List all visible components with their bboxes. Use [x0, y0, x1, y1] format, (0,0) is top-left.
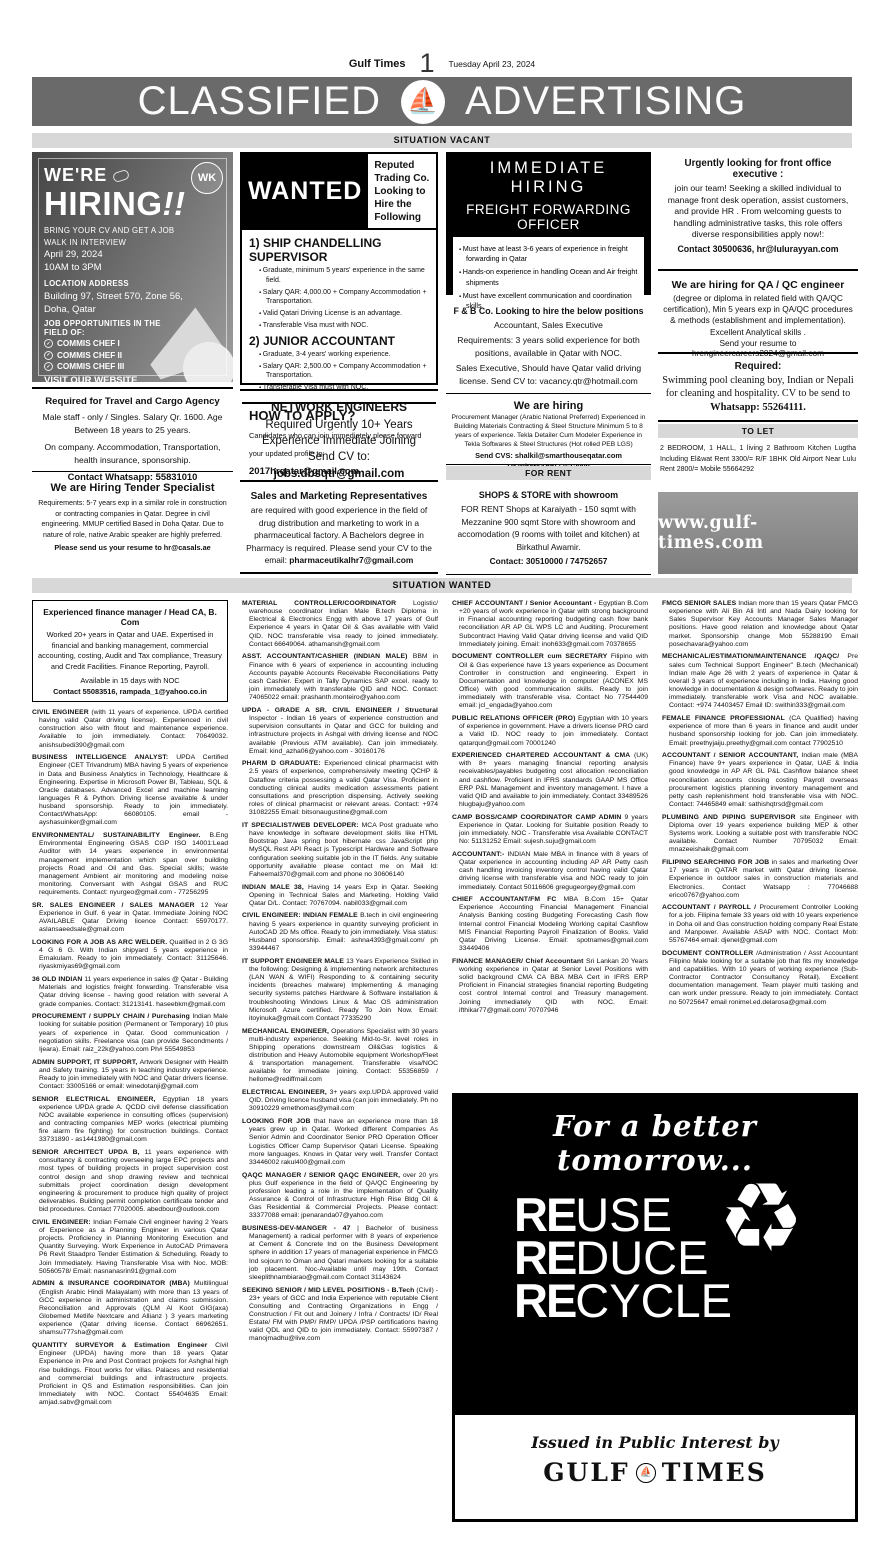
- classified-listing: EXPERIENCED CHARTERED ACCOUNTANT & CMA(U…: [452, 752, 648, 809]
- listing-list: FMCG SENIOR SALESIndian more than 15 yea…: [662, 600, 858, 1007]
- listing-list: CIVIL ENGINEER(with 11 years of experien…: [32, 709, 228, 1407]
- banner-word-classified: CLASSIFIED: [138, 79, 381, 124]
- recycle-words: REUSEREDUCERECYCLE: [514, 1193, 732, 1323]
- classified-listing: BUSINESS INTELLIGENCE ANALYST:UPDA Certi…: [32, 754, 228, 827]
- classified-listing: PUBLIC RELATIONS OFFICER (PRO)Egyptian w…: [452, 715, 648, 748]
- classified-listing: QUANTITY SURVEYOR & Estimation EngineerC…: [32, 1342, 228, 1407]
- ad-body: Worked 20+ years in Qatar and UAE. Exper…: [37, 630, 223, 673]
- paper-name: Gulf Times: [349, 58, 406, 70]
- issued-text: Issued in Public Interest by: [455, 1433, 855, 1452]
- ad-email: pharmaceutikalhr7@gmail.com: [289, 555, 413, 565]
- poster-opportunities-label: JOB OPPORTUNITIES IN THE FIELD OF:: [44, 319, 164, 337]
- classified-listing: PLUMBING AND PIPING SUPERVISORsite Engin…: [662, 814, 858, 855]
- ad-qaqc-engineer: We are hiring for QA / QC engineer (degr…: [658, 273, 858, 354]
- poster-date: April 29, 2024: [44, 249, 221, 260]
- listings-column-2: MATERIAL CONTROLLER/COORDINATORLogistic/…: [242, 600, 438, 1348]
- classified-listing: ACCOUNTANT / SENIOR ACCOUNTANT,Indian ma…: [662, 752, 858, 809]
- ad-contact: Please send us your resume to hr@casals.…: [36, 543, 229, 552]
- ad-front-office-executive: Urgently looking for front office execut…: [658, 152, 858, 271]
- classified-listing: SR. SALES ENGINEER / SALES MANAGER12 Yea…: [32, 902, 228, 935]
- recycle-word: RECYCLE: [514, 1279, 732, 1322]
- classified-listing: ADMIN & INSURANCE COORDINATOR (MBA)Multi…: [32, 1280, 228, 1337]
- classified-listing: UPDA - GRADE A SR. CIVIL ENGINEER / Stru…: [242, 707, 438, 756]
- ad-title: Experienced finance manager / Head CA, B…: [37, 607, 223, 627]
- poster-website-label: VISIT OUR WEBSITE: [44, 375, 221, 382]
- dhow-logo-icon: ⛵: [636, 1463, 656, 1483]
- classified-listing: SENIOR ELECTRICAL ENGINEER,Egyptian 18 y…: [32, 1096, 228, 1145]
- sailboat-logo-icon: ⛵: [401, 80, 445, 124]
- classified-listing: DOCUMENT CONTROLLER/Administration / Ass…: [662, 950, 858, 1007]
- bullet-item: Valid Qatari Driving License is an advan…: [259, 309, 429, 319]
- ad-title: SHOPS & STORE with showroom: [450, 490, 647, 500]
- listing-list: CHIEF ACCOUNTANT / Senior Accountant -Eg…: [452, 600, 648, 1015]
- classified-listing: CIVIL ENGINEER(with 11 years of experien…: [32, 709, 228, 750]
- masthead: Gulf Times 1 Tuesday April 23, 2024: [0, 50, 884, 77]
- section-bar-situation-wanted: SITUATION WANTED: [32, 578, 852, 593]
- poster-sub2: WALK IN INTERVIEW: [44, 238, 221, 247]
- classified-listing: IT SUPPORT ENGINEER MALE13 Years Experie…: [242, 958, 438, 1023]
- poster-role-list: ✓COMMIS CHEF I✓COMMIS CHEF II✓COMMIS CHE…: [44, 339, 221, 371]
- classified-listing: ELECTRICAL ENGINEER,3+ years exp.UPDA ap…: [242, 1089, 438, 1113]
- classified-listing: ASST. ACCOUNTANT/CASHIER (INDIAN MALE)BB…: [242, 653, 438, 702]
- issued-strip: Issued in Public Interest by GULF ⛵ TIME…: [452, 1415, 858, 1522]
- ad-were-hiring-poster: WK WE'RE HIRING!! BRING YOUR CV AND GET …: [32, 152, 233, 382]
- ad-email: jobs.dbsqtr@gmail.com: [244, 468, 434, 480]
- section-bar-to-let: TO LET: [658, 424, 858, 438]
- listings-column-4: FMCG SENIOR SALESIndian more than 15 yea…: [662, 600, 858, 1011]
- poster-location-1: Building 97, Street 570, Zone 56,: [44, 291, 221, 302]
- classified-listing: FILIPINO SEARCHING FOR JOBin sales and m…: [662, 859, 858, 900]
- ad-body: Send your resume to: [662, 338, 854, 348]
- ad-sales-marketing-reps: Sales and Marketing Representatives are …: [240, 485, 438, 574]
- page-number: 1: [419, 50, 434, 77]
- classified-listing: PHARM D GRADUATE:Experienced clinical ph…: [242, 760, 438, 817]
- ad-body: Send CV to:: [244, 449, 434, 465]
- poster-time: 10AM to 3PM: [44, 262, 221, 273]
- wanted-job1-bullets: Graduate, minimum 5 years' experience in…: [249, 266, 429, 331]
- ad-title: Urgently looking for front office execut…: [662, 158, 854, 180]
- listing-list: MATERIAL CONTROLLER/COORDINATORLogistic/…: [242, 600, 438, 1344]
- poster-role: ✓COMMIS CHEF I: [44, 339, 221, 348]
- classified-listing: DOCUMENT CONTROLLER cum SECRETARYFilipin…: [452, 653, 648, 710]
- paperclip-icon: [112, 168, 130, 182]
- ad-title: Required:: [662, 361, 854, 372]
- poster-role: ✓COMMIS CHEF III: [44, 362, 221, 371]
- ad-whatsapp: Whatsapp: 55264111.: [710, 402, 806, 413]
- section-bar-situation-vacant: SITUATION VACANT: [32, 133, 852, 148]
- bullet-item: Salary QAR: 4,000.00 + Company Accommoda…: [259, 288, 429, 308]
- classified-listing: LOOKING FOR A JOB AS ARC WELDER.Qualifie…: [32, 939, 228, 972]
- ad-title: We are hiring: [450, 400, 647, 412]
- ad-procurement-manager: We are hiring Procurement Manager (Arabi…: [446, 394, 651, 465]
- classified-listing: FEMALE FINANCE PROFESSIONAL(CA Qualified…: [662, 715, 858, 748]
- poster-location-label: LOCATION ADDRESS: [44, 279, 221, 288]
- banner-word-advertising: ADVERTISING: [465, 79, 746, 124]
- listings-column-1: Experienced finance manager / Head CA, B…: [32, 600, 228, 1412]
- ad-body: Swimming pool cleaning boy, Indian or Ne…: [662, 374, 854, 414]
- poster-location-2: Doha, Qatar: [44, 304, 221, 315]
- ad-body: Required Urgently 10+ Years: [244, 417, 434, 433]
- ad-tender-specialist: We are Hiring Tender Specialist Requirem…: [32, 474, 233, 574]
- check-icon: ✓: [44, 351, 53, 360]
- newspaper-page: Gulf Times 1 Tuesday April 23, 2024 CLAS…: [0, 0, 884, 1548]
- ad-body: FOR RENT Shops at Karaiyath - 150 sqmt w…: [450, 503, 647, 553]
- ad-wanted-trading-co: WANTED Reputed Trading Co. Looking to Hi…: [240, 152, 438, 385]
- gulf-times-logo: GULF ⛵ TIMES: [455, 1458, 855, 1487]
- ad-body: join our team! Seeking a skilled individ…: [662, 183, 854, 241]
- ad-title: Required for Travel and Cargo Agency: [36, 396, 229, 407]
- wanted-job2-title: 2) JUNIOR ACCOUNTANT: [249, 334, 429, 348]
- classified-listing: 36 OLD INDIAN11 years experience in sale…: [32, 976, 228, 1009]
- classified-listing: SENIOR ARCHITECT UPDA B,11 years experie…: [32, 1149, 228, 1214]
- ad-title: IMMEDIATE HIRING: [452, 159, 645, 197]
- bullet-item: Graduate, minimum 5 years' experience in…: [259, 266, 429, 286]
- ad-contact: Contact: 30510000 / 74752657: [450, 556, 647, 566]
- classified-listing: MATERIAL CONTROLLER/COORDINATORLogistic/…: [242, 600, 438, 649]
- listings-column-3: CHIEF ACCOUNTANT / Senior Accountant -Eg…: [452, 600, 648, 1019]
- issue-date: Tuesday April 23, 2024: [449, 59, 536, 69]
- classified-listing: ENVIRONMENTAL/ SUSTAINABILITY Engineer.B…: [32, 832, 228, 897]
- ad-body: Accountant, Sales Executive: [450, 319, 647, 331]
- ad-title: F & B Co. Looking to hire the below posi…: [450, 306, 647, 316]
- ad-title: NETWORK ENGINEERS: [244, 400, 434, 414]
- bullet-item: Hands-on experience in handling Ocean an…: [459, 267, 638, 287]
- bullet-item: Salary QAR: 2,500.00 + Company Accommoda…: [259, 362, 429, 382]
- ad-fnb-company: F & B Co. Looking to hire the below posi…: [446, 299, 651, 394]
- ad-body: Sales Executive, Should have Qatar valid…: [450, 362, 647, 387]
- ad-immediate-hiring: IMMEDIATE HIRING FREIGHT FORWARDING OFFI…: [446, 152, 651, 295]
- wanted-subtitle: Reputed Trading Co. Looking to Hire the …: [368, 154, 436, 228]
- classified-listing: FMCG SENIOR SALESIndian more than 15 yea…: [662, 600, 858, 649]
- poster-hiring-line: HIRING!!: [44, 187, 221, 220]
- bullet-item: Transferable Visa must with NOC.: [259, 321, 429, 331]
- ad-body: Experience Immediate Joining: [244, 433, 434, 449]
- ad-shops-store: SHOPS & STORE with showroom FOR RENT Sho…: [446, 483, 651, 575]
- bullet-item: Graduate, 3-4 years' working experience.: [259, 350, 429, 360]
- classified-listing: ACCOUNTANT / PAYROLL /Procurement Contro…: [662, 904, 858, 945]
- classified-listing: INDIAN MALE 38,Having 14 years Exp in Qa…: [242, 884, 438, 908]
- gulf-times-url: www.gulf-times.com: [658, 513, 858, 553]
- ad-body: Available in 15 days with NOC: [37, 676, 223, 685]
- classified-listing: MECHANICAL/ESTIMATION/MAINTENANCE /QAQC/…: [662, 653, 858, 710]
- wanted-header: WANTED Reputed Trading Co. Looking to Hi…: [242, 154, 436, 230]
- classified-listing: CIVIL ENGINEER:Indian Female Civil engin…: [32, 1219, 228, 1276]
- wanted-job2-bullets: Graduate, 3-4 years' working experience.…: [249, 350, 429, 393]
- classified-listing: CIVIL ENGINEER: INDIAN FEMALEB.tech in c…: [242, 912, 438, 953]
- poster-role: ✓COMMIS CHEF II: [44, 351, 221, 360]
- classified-listing: PROCUREMENT / SUPPLY CHAIN / PurchasingI…: [32, 1013, 228, 1054]
- ad-title: Sales and Marketing Representatives: [244, 491, 434, 502]
- ad-cv-line: Send CVS: shalkil@smarthouseqatar.com: [450, 451, 647, 460]
- ad-contact: Contact 30500636, hr@lulurayyan.com: [662, 244, 854, 254]
- classified-listing: SEEKING SENIOR / MID LEVEL POSITIONS - B…: [242, 1287, 438, 1344]
- classified-listing: CHIEF ACCOUNTANT/FM FCMBA B.Com 15+ Qata…: [452, 896, 648, 953]
- ad-body: Procurement Manager (Arabic National Pre…: [450, 413, 647, 449]
- wanted-title: WANTED: [242, 154, 368, 228]
- bullet-item: Must have at least 3-6 years of experien…: [459, 244, 638, 264]
- wok-kitchens-logo: WK: [191, 162, 223, 194]
- ad-finance-manager-box: Experienced finance manager / Head CA, B…: [32, 600, 228, 702]
- ad-body: Requirements: 3 years solid experience f…: [450, 334, 647, 359]
- ad-title: We are hiring for QA / QC engineer: [662, 279, 854, 291]
- ad-to-let-listing: 2 BEDROOM, 1 HALL, 1 living 2 Bathroom K…: [658, 441, 858, 489]
- gulf-times-website-box: www.gulf-times.com: [658, 492, 858, 574]
- wanted-job1-title: 1) SHIP CHANDELLING SUPERVISOR: [249, 236, 429, 264]
- ad-body: Male staff - only / Singles. Salary Qr. …: [36, 411, 229, 438]
- ad-body: are required with good experience in the…: [244, 504, 434, 567]
- recycle-black-panel: For a better tomorrow... REUSEREDUCERECY…: [452, 1093, 858, 1415]
- classified-listing: LOOKING FOR JOBthat have an experience m…: [242, 1118, 438, 1167]
- poster-sub1: BRING YOUR CV AND GET A JOB: [44, 226, 221, 235]
- ad-title: We are Hiring Tender Specialist: [36, 482, 229, 494]
- ad-body: On company. Accommodation, Transportatio…: [36, 441, 229, 468]
- check-icon: ✓: [44, 362, 53, 371]
- ad-recycle-psa: For a better tomorrow... REUSEREDUCERECY…: [452, 1093, 858, 1522]
- recycle-word: REUSE: [514, 1193, 732, 1236]
- classified-listing: QAQC MANAGER / SENIOR QAQC ENGINEER,over…: [242, 1172, 438, 1221]
- section-bar-for-rent: FOR RENT: [446, 466, 651, 480]
- classified-listing: ADMIN SUPPORT, IT SUPPORT,Artwork Design…: [32, 1059, 228, 1092]
- ad-role: FREIGHT FORWARDING OFFICER: [452, 202, 645, 232]
- ad-body: Requirements: 5-7 years exp in a similar…: [36, 498, 229, 541]
- classified-listing: FINANCE MANAGER/ Chief AccountantSri Lan…: [452, 958, 648, 1015]
- classified-listing: CHIEF ACCOUNTANT / Senior Accountant -Eg…: [452, 600, 648, 649]
- ad-body: (degree or diploma in related field with…: [662, 293, 854, 338]
- classified-listing: ACCOUNTANT:-INDIAN Male MBA in finance w…: [452, 851, 648, 892]
- classified-listing: BUSINESS-DEV-MANGER - 47| Bachelor of bu…: [242, 1225, 438, 1282]
- classified-banner: CLASSIFIED ⛵ ADVERTISING: [32, 77, 852, 126]
- classified-listing: CAMP BOSS/CAMP COORDINATOR CAMP ADMIN9 y…: [452, 814, 648, 847]
- ad-travel-cargo-agency: Required for Travel and Cargo Agency Mal…: [32, 387, 233, 472]
- recycle-word: REDUCE: [514, 1236, 732, 1279]
- classified-listing: MECHANICAL ENGINEER,Operations Specialis…: [242, 1028, 438, 1085]
- check-icon: ✓: [44, 339, 53, 348]
- ad-pool-cleaning-boy: Required: Swimming pool cleaning boy, In…: [658, 356, 858, 422]
- ad-network-engineers: NETWORK ENGINEERS Required Urgently 10+ …: [240, 389, 438, 482]
- classified-listing: IT SPECIALIST/WEB DEVELOPER:MCA Post gra…: [242, 822, 438, 879]
- ad-contact: Contact 55083516, rampada_1@yahoo.co.in: [37, 687, 223, 696]
- recycle-icon: ♻: [718, 1171, 804, 1267]
